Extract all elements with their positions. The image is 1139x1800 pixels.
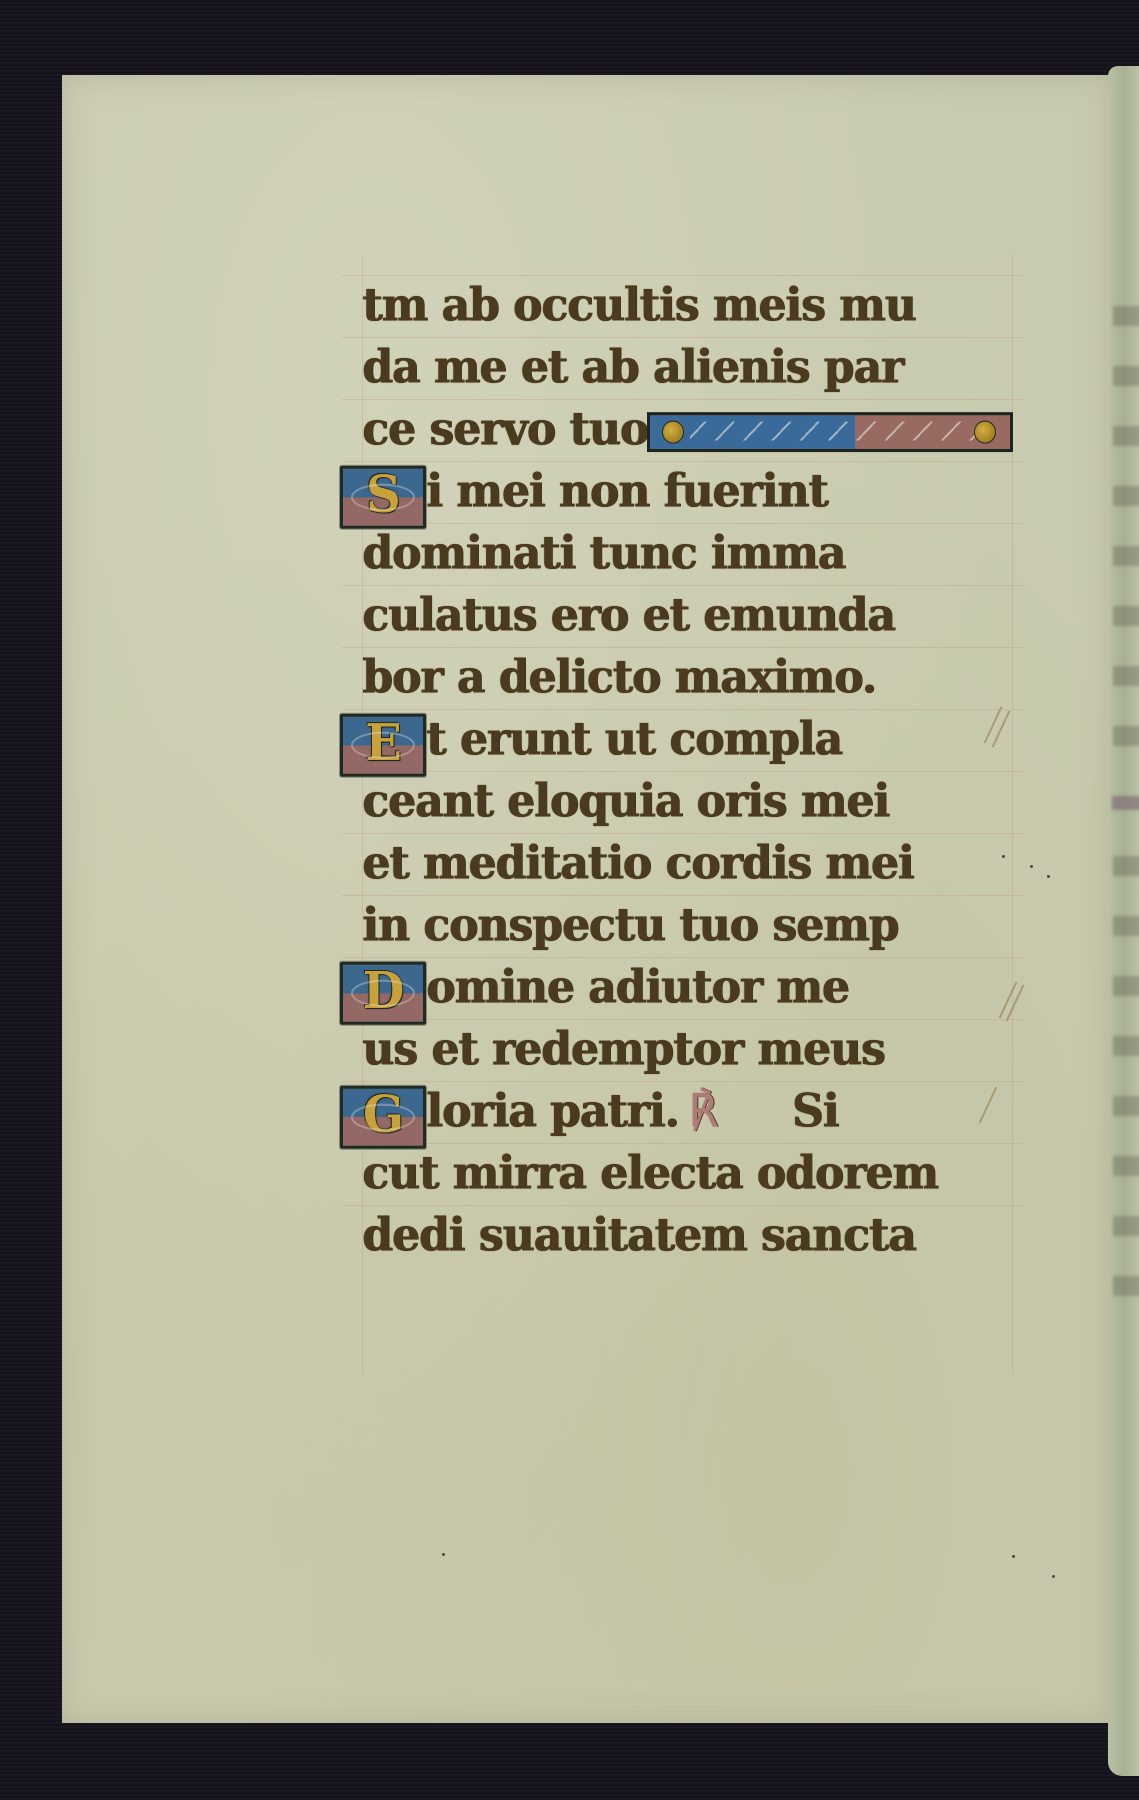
- text-line: in conspectu tuo semp: [362, 893, 1042, 958]
- text-line: cut mirra electa odorem: [362, 1141, 1042, 1206]
- blurred-text-line: [1114, 1036, 1139, 1056]
- blurred-text-line: [1114, 1276, 1139, 1296]
- illuminated-initial-G: G: [340, 1086, 426, 1149]
- blurred-text-line: [1114, 1216, 1139, 1236]
- text-line: et meditatio cordis mei: [362, 831, 1042, 896]
- blurred-text-line: [1114, 426, 1139, 446]
- line-filler-ornament: [647, 412, 1013, 452]
- text-line: dedi suauitatem sancta: [362, 1203, 1042, 1268]
- text-line: culatus ero et emunda: [362, 583, 1042, 648]
- illuminated-initial-D: D: [340, 962, 426, 1025]
- blurred-text-line: [1114, 486, 1139, 506]
- blurred-text-line: [1114, 306, 1139, 326]
- adjacent-page-edge: [1108, 66, 1139, 1776]
- blurred-text-line: [1114, 606, 1139, 626]
- text-line: tm ab occultis meis mu: [362, 273, 1042, 338]
- text-line: us et redemptor meus: [362, 1017, 1042, 1082]
- ink-speck: [1002, 855, 1005, 858]
- blurred-text-line: [1114, 726, 1139, 746]
- text-line: E t erunt ut compla: [362, 707, 1042, 772]
- blurred-text-line: [1114, 1096, 1139, 1116]
- blurred-text-line: [1114, 546, 1139, 566]
- gold-dot: [662, 421, 684, 444]
- text-line: G loria patri.℟Si: [362, 1079, 1042, 1144]
- ink-speck: [442, 1553, 445, 1556]
- text-line: dominati tunc imma: [362, 521, 1042, 586]
- text-line: S i mei non fuerint: [362, 459, 1042, 524]
- blurred-text-line: [1114, 1156, 1139, 1176]
- illuminated-initial-E: E: [340, 714, 426, 777]
- blurred-text-line: [1114, 976, 1139, 996]
- ink-speck: [1030, 865, 1033, 868]
- text-line: da me et ab alienis par: [362, 335, 1042, 400]
- zigzag-pattern: [690, 422, 990, 441]
- blurred-text-line: [1114, 366, 1139, 386]
- manuscript-page: tm ab occultis meis mu da me et ab alien…: [62, 75, 1110, 1723]
- text-line: D omine adiutor me: [362, 955, 1042, 1020]
- ink-speck: [1052, 1575, 1055, 1578]
- text-line: bor a delicto maximo.: [362, 645, 1042, 710]
- text-line: ce servo tuo.: [362, 397, 1042, 462]
- blurred-text-line: [1114, 666, 1139, 686]
- illuminated-initial-S: S: [340, 466, 426, 529]
- blurred-text-line: [1114, 916, 1139, 936]
- ink-speck: [1047, 875, 1050, 878]
- blurred-text-line: [1114, 856, 1139, 876]
- gold-dot: [974, 421, 996, 444]
- response-rubric-mark: ℟: [689, 1085, 718, 1139]
- text-block: tm ab occultis meis mu da me et ab alien…: [362, 275, 1042, 1267]
- ink-speck: [1012, 1555, 1015, 1558]
- text-line: ceant eloquia oris mei: [362, 769, 1042, 834]
- blurred-rubric: [1112, 796, 1139, 810]
